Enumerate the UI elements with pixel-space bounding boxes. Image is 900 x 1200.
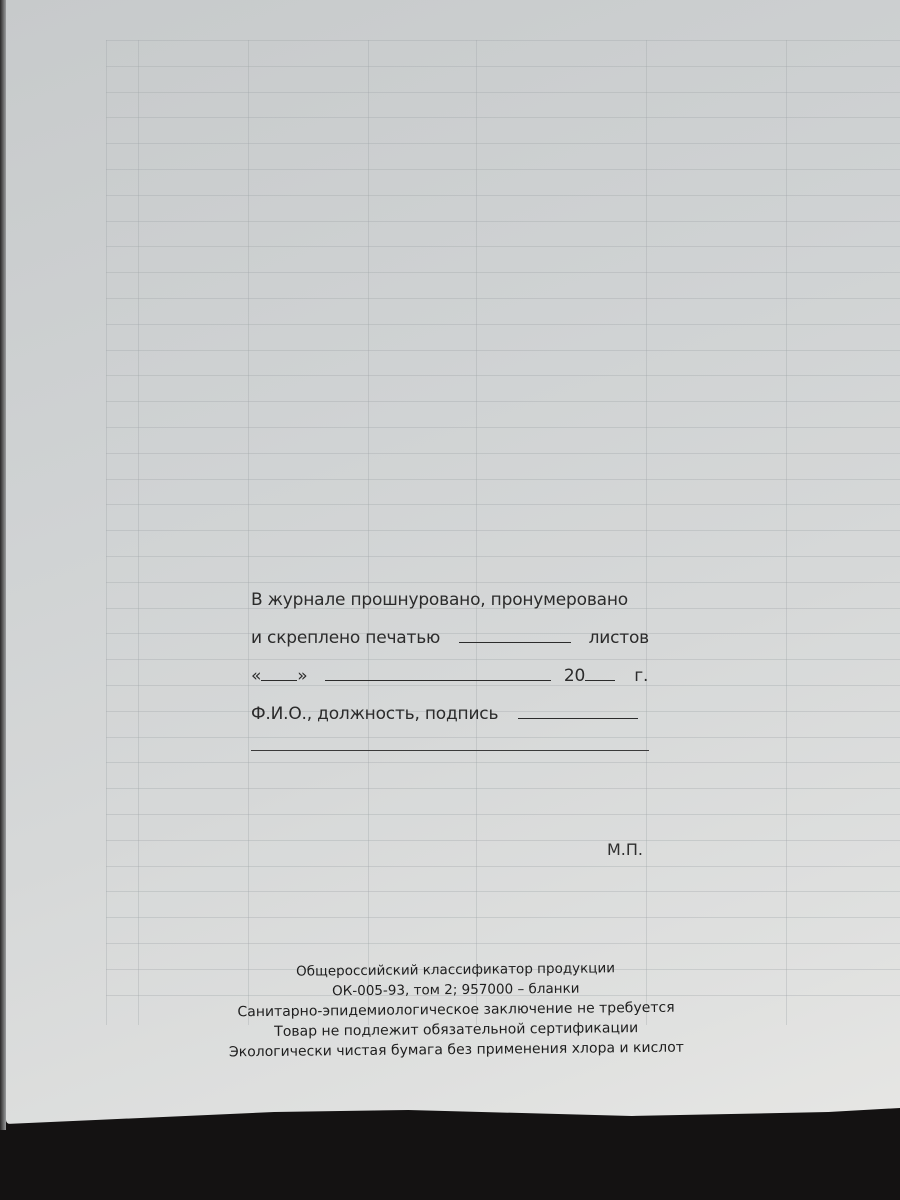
- grid-column-line: [248, 40, 249, 1025]
- grid-column-line: [106, 40, 107, 1025]
- grid-row-line: [106, 582, 900, 583]
- grid-row-line: [106, 324, 900, 325]
- grid-row-line: [106, 427, 900, 428]
- grid-row-line: [106, 556, 900, 557]
- grid-row-line: [106, 917, 900, 918]
- grid-row-line: [106, 453, 900, 454]
- stamp-line-4-label: Ф.И.О., должность, подпись: [251, 704, 498, 724]
- ruled-grid: [106, 40, 900, 1025]
- grid-row-line: [106, 504, 900, 505]
- full-width-signature-line[interactable]: [251, 750, 649, 751]
- grid-row-line: [106, 814, 900, 815]
- grid-column-line: [476, 40, 477, 1025]
- grid-row-line: [106, 272, 900, 273]
- page-left-edge: [0, 0, 6, 1130]
- grid-column-line: [786, 40, 787, 1025]
- grid-row-line: [106, 92, 900, 93]
- grid-row-line: [106, 375, 900, 376]
- signature-field[interactable]: [518, 717, 638, 719]
- grid-row-line: [106, 891, 900, 892]
- stamp-line-2: и скреплено печатью листов: [251, 628, 649, 648]
- year-suffix: г.: [634, 666, 648, 686]
- grid-row-line: [106, 788, 900, 789]
- year-prefix: 20: [564, 666, 585, 686]
- grid-row-line: [106, 350, 900, 351]
- stamp-line-3: «» 20 г.: [251, 666, 648, 686]
- grid-row-line: [106, 762, 900, 763]
- product-info-footer: Общероссийский классификатор продукции О…: [205, 957, 706, 1062]
- stamp-line-1: В журнале прошнуровано, пронумеровано: [251, 590, 628, 610]
- grid-row-line: [106, 479, 900, 480]
- grid-row-line: [106, 40, 900, 41]
- close-quote: »: [297, 666, 307, 686]
- open-quote: «: [251, 666, 261, 686]
- day-field[interactable]: [261, 679, 297, 681]
- grid-row-line: [106, 659, 900, 660]
- grid-row-line: [106, 840, 900, 841]
- year-field[interactable]: [585, 679, 615, 681]
- grid-row-line: [106, 737, 900, 738]
- grid-row-line: [106, 221, 900, 222]
- grid-row-line: [106, 401, 900, 402]
- grid-column-line: [368, 40, 369, 1025]
- month-field[interactable]: [325, 679, 551, 681]
- grid-row-line: [106, 943, 900, 944]
- grid-row-line: [106, 530, 900, 531]
- grid-row-line: [106, 143, 900, 144]
- photo-scene: В журнале прошнуровано, пронумеровано и …: [0, 0, 900, 1200]
- sheet-count-field[interactable]: [459, 641, 571, 643]
- stamp-line-2-suffix: листов: [589, 628, 649, 648]
- seal-placeholder-label: М.П.: [607, 840, 643, 859]
- grid-row-line: [106, 117, 900, 118]
- grid-row-line: [106, 169, 900, 170]
- stamp-line-4: Ф.И.О., должность, подпись: [251, 704, 638, 724]
- grid-row-line: [106, 195, 900, 196]
- grid-row-line: [106, 866, 900, 867]
- grid-row-line: [106, 66, 900, 67]
- grid-column-line: [138, 40, 139, 1025]
- grid-row-line: [106, 246, 900, 247]
- grid-column-line: [646, 40, 647, 1025]
- logbook-page: В журнале прошнуровано, пронумеровано и …: [6, 0, 900, 1124]
- footer-line-5: Экологически чистая бумага без применени…: [206, 1037, 706, 1062]
- stamp-line-2-prefix: и скреплено печатью: [251, 628, 440, 648]
- grid-row-line: [106, 298, 900, 299]
- stamp-line-1-text: В журнале прошнуровано, пронумеровано: [251, 590, 628, 610]
